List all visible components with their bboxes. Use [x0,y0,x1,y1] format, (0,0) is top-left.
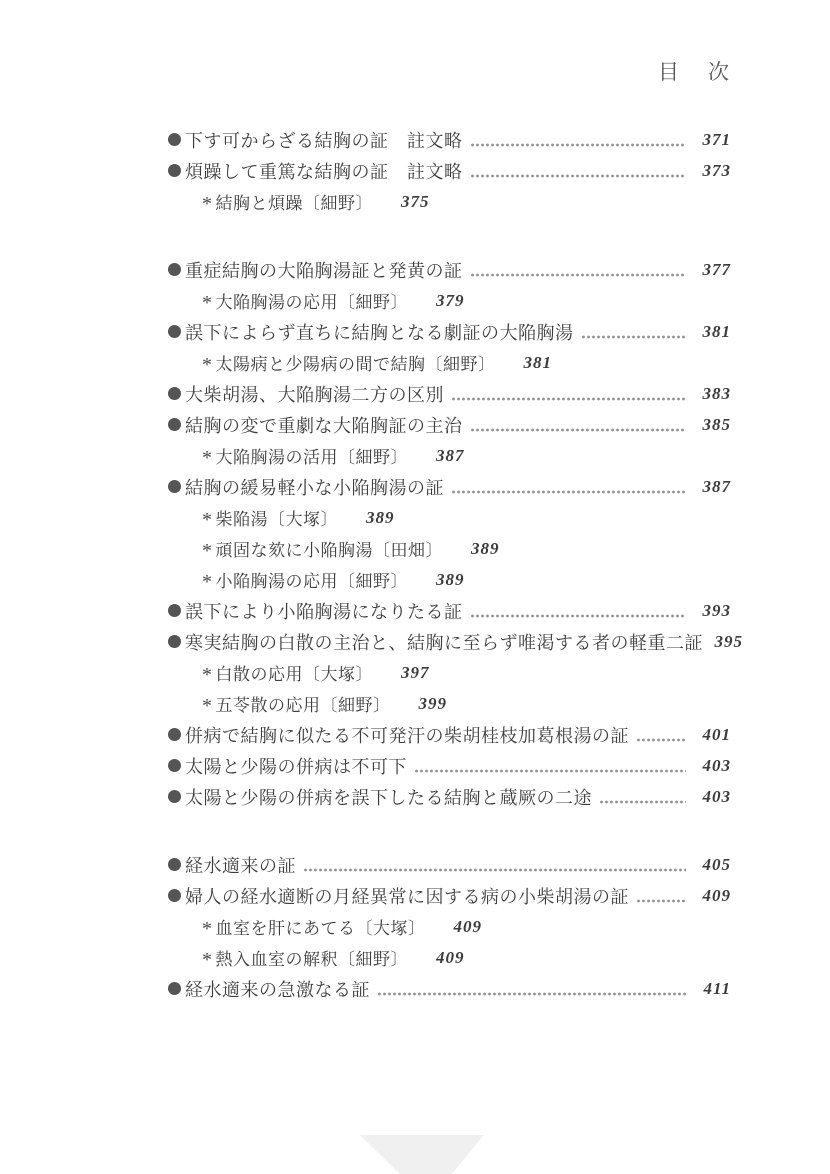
entry-title: 太陽と少陽の併病は不可下 [185,753,407,779]
toc-list: 下す可からざる結胸の証 註文略371煩躁して重篤な結胸の証 註文略373*結胸と… [168,124,731,1004]
entry-page-number: 395 [703,632,743,652]
bullet-icon [168,759,181,772]
asterisk-icon: * [202,571,213,594]
dot-leader [414,768,686,774]
toc-entry: 経水適来の証405 [168,849,731,880]
asterisk-icon: * [202,918,213,941]
entry-title: 太陽病と少陽病の間で結胸〔細野〕 [216,350,496,375]
entry-page-number: 393 [691,601,731,621]
entry-page-number: 371 [691,130,731,150]
bullet-icon [168,982,181,995]
bullet-icon [168,635,181,648]
dot-leader [636,737,686,743]
toc-subentry: *血室を肝にあてる〔大塚〕409 [168,911,731,942]
entry-page-number: 375 [401,192,430,212]
entry-title: 血室を肝にあてる〔大塚〕 [216,914,426,939]
toc-entry: 経水適来の急激なる証411 [168,973,731,1004]
entry-page-number: 409 [454,917,483,937]
bullet-icon [168,889,181,902]
toc-subentry: *小陥胸湯の応用〔細野〕389 [168,564,731,595]
dot-leader [377,991,686,997]
entry-page-number: 389 [471,539,500,559]
toc-subentry: *頑固な欬に小陥胸湯〔田畑〕389 [168,533,731,564]
dot-leader [451,396,686,402]
entry-title: 結胸の変で重劇な大陥胸証の主治 [185,412,463,438]
toc-entry: 併病で結胸に似たる不可発汗の柴胡桂枝加葛根湯の証401 [168,719,731,750]
entry-title: 経水適来の証 [185,852,296,878]
entry-title: 下す可からざる結胸の証 註文略 [185,127,463,153]
bullet-icon [168,480,181,493]
entry-title: 頑固な欬に小陥胸湯〔田畑〕 [216,536,444,561]
entry-title: 柴陥湯〔大塚〕 [216,505,339,530]
toc-entry: 寒実結胸の白散の主治と、結胸に至らず唯渇する者の軽重二証395 [168,626,731,657]
entry-title: 経水適来の急激なる証 [185,976,370,1002]
toc-subentry: *大陥胸湯の活用〔細野〕387 [168,440,731,471]
entry-title: 小陥胸湯の応用〔細野〕 [216,567,409,592]
toc-entry: 結胸の変で重劇な大陥胸証の主治385 [168,409,731,440]
toc-entry: 下す可からざる結胸の証 註文略371 [168,124,731,155]
entry-title: 大陥胸湯の活用〔細野〕 [216,443,409,468]
entry-title: 結胸と煩躁〔細野〕 [216,189,374,214]
asterisk-icon: * [202,447,213,470]
entry-page-number: 383 [691,384,731,404]
entry-title: 五苓散の応用〔細野〕 [216,691,391,716]
toc-entry: 煩躁して重篤な結胸の証 註文略373 [168,155,731,186]
toc-entry: 太陽と少陽の併病は不可下403 [168,750,731,781]
scan-shadow-artifact [360,1135,484,1174]
bullet-icon [168,387,181,400]
dot-leader [599,799,686,805]
entry-page-number: 381 [524,353,553,373]
toc-entry: 重症結胸の大陥胸湯証と発黄の証377 [168,254,731,285]
bullet-icon [168,790,181,803]
entry-page-number: 389 [436,570,465,590]
toc-entry: 太陽と少陽の併病を誤下したる結胸と蔵厥の二途403 [168,781,731,812]
bullet-icon [168,728,181,741]
toc-subentry: *白散の応用〔大塚〕397 [168,657,731,688]
entry-title: 併病で結胸に似たる不可発汗の柴胡桂枝加葛根湯の証 [185,722,629,748]
asterisk-icon: * [202,540,213,563]
bullet-icon [168,263,181,276]
asterisk-icon: * [202,509,213,532]
entry-page-number: 405 [691,855,731,875]
entry-page-number: 401 [691,725,731,745]
toc-entry: 大柴胡湯、大陥胸湯二方の区別383 [168,378,731,409]
dot-leader [470,142,687,148]
entry-title: 誤下により小陥胸湯になりたる証 [185,598,463,624]
asterisk-icon: * [202,664,213,687]
entry-page-number: 385 [691,415,731,435]
entry-page-number: 411 [691,979,731,999]
entry-title: 煩躁して重篤な結胸の証 註文略 [185,158,463,184]
bullet-icon [168,604,181,617]
entry-title: 白散の応用〔大塚〕 [216,660,374,685]
dot-leader [470,272,687,278]
asterisk-icon: * [202,949,213,972]
bullet-icon [168,164,181,177]
dot-leader [451,489,686,495]
entry-title: 大陥胸湯の応用〔細野〕 [216,288,409,313]
entry-page-number: 409 [691,886,731,906]
entry-page-number: 399 [419,694,448,714]
toc-subentry: *熱入血室の解釈〔細野〕409 [168,942,731,973]
entry-title: 婦人の経水適断の月経異常に因する病の小柴胡湯の証 [185,883,629,909]
toc-entry: 誤下により小陥胸湯になりたる証393 [168,595,731,626]
entry-page-number: 377 [691,260,731,280]
toc-group: 経水適来の証405婦人の経水適断の月経異常に因する病の小柴胡湯の証409*血室を… [168,849,731,1004]
bullet-icon [168,133,181,146]
asterisk-icon: * [202,193,213,216]
entry-page-number: 381 [691,322,731,342]
entry-page-number: 387 [436,446,465,466]
toc-subentry: *大陥胸湯の応用〔細野〕379 [168,285,731,316]
asterisk-icon: * [202,292,213,315]
toc-subentry: *結胸と煩躁〔細野〕375 [168,186,731,217]
toc-group: 下す可からざる結胸の証 註文略371煩躁して重篤な結胸の証 註文略373*結胸と… [168,124,731,217]
entry-page-number: 387 [691,477,731,497]
toc-group: 重症結胸の大陥胸湯証と発黄の証377*大陥胸湯の応用〔細野〕379誤下によらず直… [168,254,731,812]
dot-leader [470,613,687,619]
asterisk-icon: * [202,695,213,718]
bullet-icon [168,325,181,338]
entry-title: 寒実結胸の白散の主治と、結胸に至らず唯渇する者の軽重二証 [185,629,703,655]
entry-title: 大柴胡湯、大陥胸湯二方の区別 [185,381,444,407]
dot-leader [470,173,687,179]
entry-page-number: 403 [691,787,731,807]
entry-page-number: 403 [691,756,731,776]
dot-leader [581,334,687,340]
entry-title: 太陽と少陽の併病を誤下したる結胸と蔵厥の二途 [185,784,592,810]
toc-entry: 婦人の経水適断の月経異常に因する病の小柴胡湯の証409 [168,880,731,911]
entry-page-number: 373 [691,161,731,181]
bullet-icon [168,858,181,871]
toc-subentry: *五苓散の応用〔細野〕399 [168,688,731,719]
entry-title: 熱入血室の解釈〔細野〕 [216,945,409,970]
toc-subentry: *柴陥湯〔大塚〕389 [168,502,731,533]
asterisk-icon: * [202,354,213,377]
toc-entry: 誤下によらず直ちに結胸となる劇証の大陥胸湯381 [168,316,731,347]
entry-page-number: 397 [401,663,430,683]
entry-title: 誤下によらず直ちに結胸となる劇証の大陥胸湯 [185,319,574,345]
page-title: 目 次 [658,56,733,86]
toc-subentry: *太陽病と少陽病の間で結胸〔細野〕381 [168,347,731,378]
entry-title: 結胸の緩易軽小な小陥胸湯の証 [185,474,444,500]
entry-page-number: 409 [436,948,465,968]
entry-page-number: 379 [436,291,465,311]
dot-leader [470,427,687,433]
dot-leader [636,898,686,904]
dot-leader [303,867,686,873]
bullet-icon [168,418,181,431]
entry-title: 重症結胸の大陥胸湯証と発黄の証 [185,257,463,283]
entry-page-number: 389 [366,508,395,528]
toc-entry: 結胸の緩易軽小な小陥胸湯の証387 [168,471,731,502]
